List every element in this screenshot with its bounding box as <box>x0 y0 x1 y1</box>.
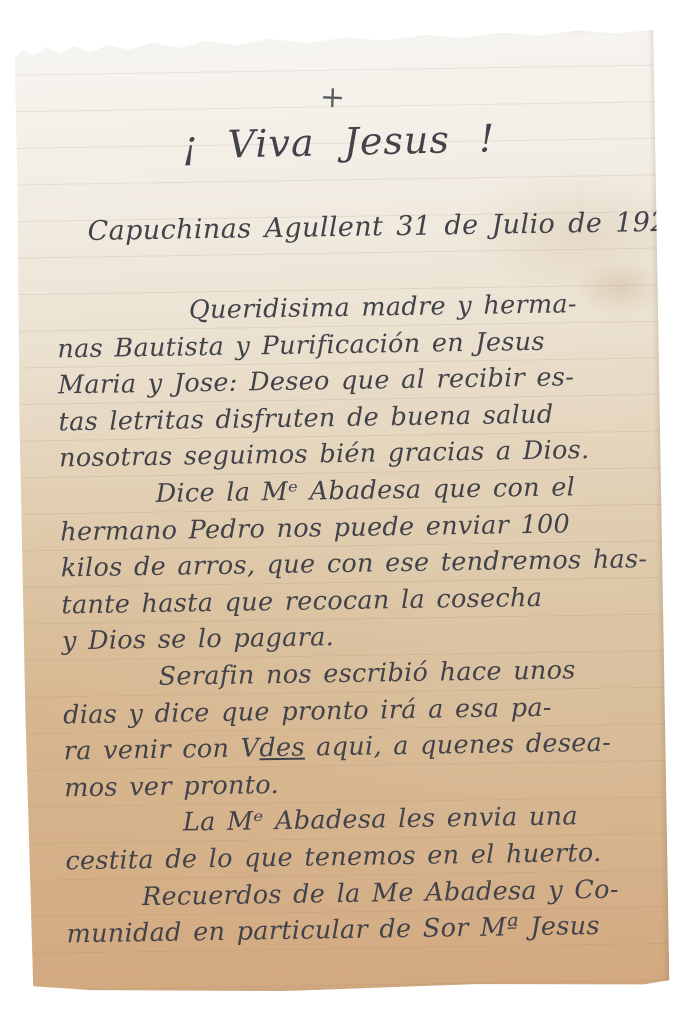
letter-dateline: Capuchinas Agullent 31 de Julio de 1927 <box>87 207 647 247</box>
cross-mark: + <box>319 80 345 116</box>
letter-page: + ¡ Viva Jesus ! Capuchinas Agullent 31 … <box>13 29 670 995</box>
letter-line-segment: ra venir con V <box>63 733 259 766</box>
letter-body: Queridisima madre y herma- nas Bautista … <box>57 285 663 953</box>
underlined-word: des <box>259 733 305 764</box>
letter-heading: ¡ Viva Jesus ! <box>182 116 496 167</box>
scan-background: + ¡ Viva Jesus ! Capuchinas Agullent 31 … <box>0 0 684 1024</box>
letter-line-segment: aqui, a quenes desea- <box>305 728 612 763</box>
